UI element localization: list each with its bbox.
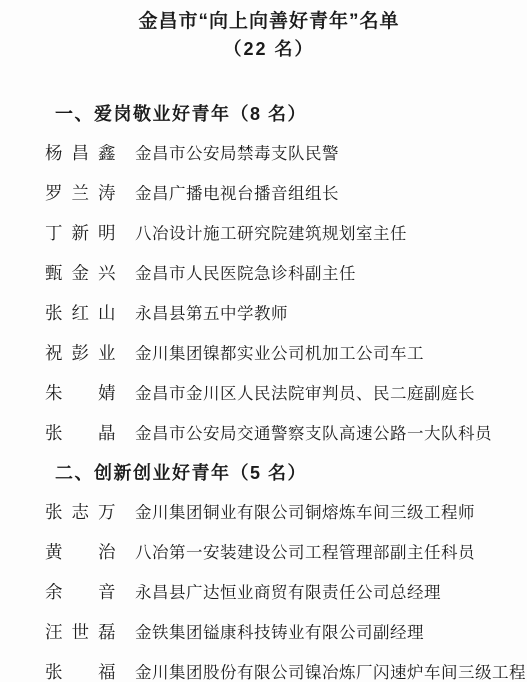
person-name: 汪世磊 bbox=[45, 622, 135, 642]
person-role: 金昌市公安局禁毒支队民警 bbox=[135, 144, 339, 164]
person-name: 祝彭业 bbox=[45, 343, 135, 363]
section-heading-1: 一、爱岗敬业好青年（8 名） bbox=[55, 104, 513, 124]
person-name: 丁新明 bbox=[45, 223, 135, 243]
list-item: 张志万 金川集团铜业有限公司铜熔炼车间三级工程师 bbox=[45, 502, 513, 523]
list-content: 一、爱岗敬业好青年（8 名） 杨昌鑫 金昌市公安局禁毒支队民警 罗兰涛 金昌广播… bbox=[45, 104, 513, 682]
person-name: 黄 治 bbox=[45, 542, 135, 562]
list-item: 汪世磊 金铁集团镒康科技铸业有限公司副经理 bbox=[45, 622, 513, 643]
list-item: 张红山 永昌县第五中学教师 bbox=[45, 303, 513, 324]
person-name: 张红山 bbox=[45, 303, 135, 323]
person-role: 金昌市人民医院急诊科副主任 bbox=[135, 264, 356, 284]
person-name: 朱 婧 bbox=[45, 383, 135, 403]
person-role: 永昌县广达恒业商贸有限责任公司总经理 bbox=[135, 583, 441, 603]
person-role: 金昌市公安局交通警察支队高速公路一大队科员 bbox=[135, 424, 492, 444]
person-name: 甄金兴 bbox=[45, 263, 135, 283]
doc-title: 金昌市“向上向善好青年”名单 bbox=[45, 8, 493, 36]
person-name: 张 晶 bbox=[45, 423, 135, 443]
person-name: 罗兰涛 bbox=[45, 183, 135, 203]
list-item: 祝彭业 金川集团镍都实业公司机加工公司车工 bbox=[45, 343, 513, 364]
person-name: 张 福 bbox=[45, 662, 135, 682]
person-name: 余 音 bbox=[45, 582, 135, 602]
person-role: 金昌市金川区人民法院审判员、民二庭副庭长 bbox=[135, 384, 475, 404]
person-role: 八冶设计施工研究院建筑规划室主任 bbox=[135, 224, 407, 244]
document-page: 金昌市“向上向善好青年”名单 （22 名） 一、爱岗敬业好青年（8 名） 杨昌鑫… bbox=[0, 0, 527, 682]
person-name: 张志万 bbox=[45, 502, 135, 522]
list-item: 罗兰涛 金昌广播电视台播音组组长 bbox=[45, 183, 513, 204]
person-role: 金川集团股份有限公司镍冶炼厂闪速炉车间三级工程师 bbox=[135, 663, 527, 682]
list-item: 甄金兴 金昌市人民医院急诊科副主任 bbox=[45, 263, 513, 284]
person-role: 永昌县第五中学教师 bbox=[135, 304, 288, 324]
person-role: 金铁集团镒康科技铸业有限公司副经理 bbox=[135, 623, 424, 643]
person-role: 金川集团铜业有限公司铜熔炼车间三级工程师 bbox=[135, 503, 475, 523]
list-item: 丁新明 八冶设计施工研究院建筑规划室主任 bbox=[45, 223, 513, 244]
list-item: 杨昌鑫 金昌市公安局禁毒支队民警 bbox=[45, 143, 513, 164]
doc-count: （22 名） bbox=[45, 36, 493, 62]
list-item: 朱 婧 金昌市金川区人民法院审判员、民二庭副庭长 bbox=[45, 383, 513, 404]
person-name: 杨昌鑫 bbox=[45, 143, 135, 163]
list-item: 张 福 金川集团股份有限公司镍冶炼厂闪速炉车间三级工程师 bbox=[45, 662, 513, 682]
list-item: 张 晶 金昌市公安局交通警察支队高速公路一大队科员 bbox=[45, 423, 513, 444]
person-role: 金昌广播电视台播音组组长 bbox=[135, 184, 339, 204]
person-role: 金川集团镍都实业公司机加工公司车工 bbox=[135, 344, 424, 364]
list-item: 黄 治 八冶第一安装建设公司工程管理部副主任科员 bbox=[45, 542, 513, 563]
section-heading-2: 二、创新创业好青年（5 名） bbox=[55, 463, 513, 483]
list-item: 余 音 永昌县广达恒业商贸有限责任公司总经理 bbox=[45, 582, 513, 603]
person-role: 八冶第一安装建设公司工程管理部副主任科员 bbox=[135, 543, 475, 563]
